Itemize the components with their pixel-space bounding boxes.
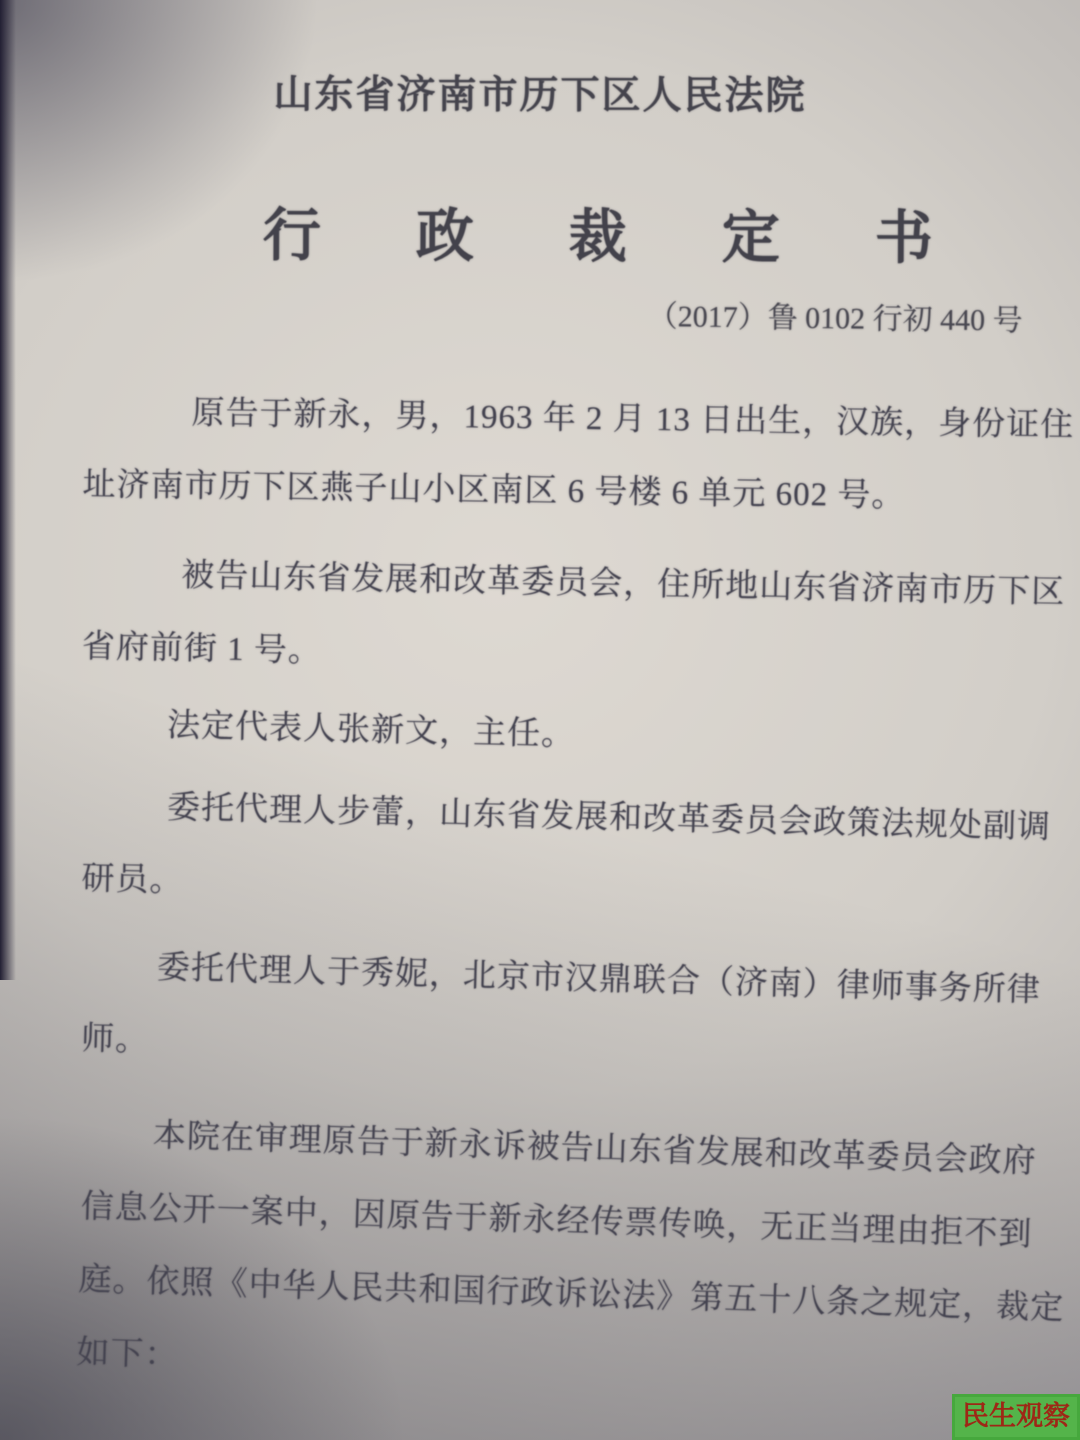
court-name: 山东省济南市历下区人民法院 [273,63,806,120]
document-photo: 山东省济南市历下区人民法院 行政裁定书 （2017）鲁 0102 行初 440 … [0,0,1080,1440]
case-number: （2017）鲁 0102 行初 440 号 [647,291,1023,340]
paragraph-line: 址济南市历下区燕子山小区南区 6 号楼 6 单元 602 号。 [82,449,1051,536]
ruling-document: 山东省济南市历下区人民法院 行政裁定书 （2017）鲁 0102 行初 440 … [0,0,1080,1440]
paragraph-line: 原告于新永，男，1963 年 2 月 13 日出生，汉族，身份证住 [83,376,1052,463]
watermark-badge: 民生观察 [952,1394,1080,1440]
paragraph-agent-2: 委托代理人于秀妮，北京市汉鼎联合（济南）律师事务所律 师。 [80,930,1051,1101]
paragraph-line: 法定代表人张新文，主任。 [82,688,1051,783]
paragraph-legal-representative: 法定代表人张新文，主任。 [82,688,1051,783]
paragraph-plaintiff: 原告于新永，男，1963 年 2 月 13 日出生，汉族，身份证住 址济南市历下… [82,376,1052,536]
paragraph-ruling-body: 本院在审理原告于新永诉被告山东省发展和改革委员会政府 信息公开一案中，因原告于新… [75,1098,1051,1419]
paragraph-defendant: 被告山东省发展和改革委员会，住所地山东省济南市历下区 省府前街 1 号。 [81,538,1052,703]
document-title: 行政裁定书 [263,188,1028,275]
paragraph-agent-1: 委托代理人步蕾，山东省发展和改革委员会政策法规处副调 研员。 [81,770,1052,938]
